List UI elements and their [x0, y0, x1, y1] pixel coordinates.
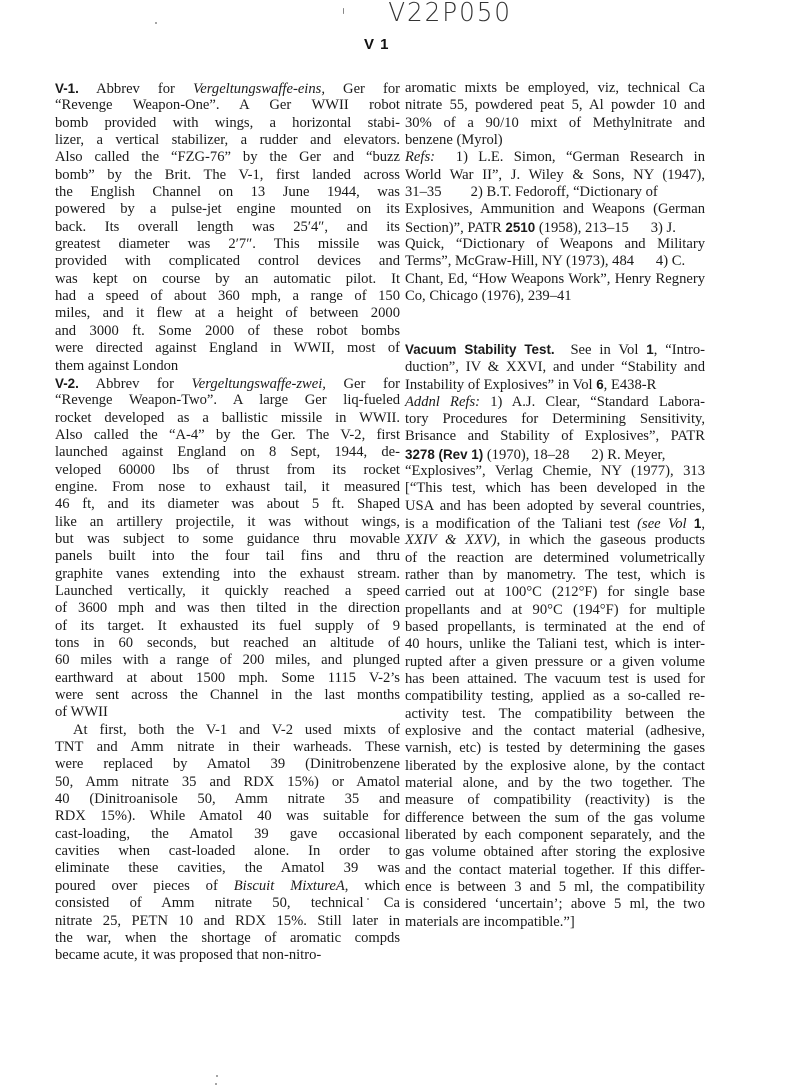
entry-v1: V-1. Abbrev for Vergeltungswaffe-eins, G…: [55, 80, 400, 375]
entry-term: V-1.: [55, 81, 79, 96]
text-line: provided with complicated control device…: [55, 253, 400, 270]
text-line: explosive and the contact material (adhe…: [405, 723, 705, 740]
text-line: of WWII: [55, 704, 400, 721]
scan-speck: [215, 1083, 217, 1085]
text-line: Also called the “A-4” by the Ger. The V-…: [55, 427, 400, 444]
text-line: “Revenge Weapon-Two”. A large Ger liq-fu…: [55, 392, 400, 409]
text-line: cast-loading, the Amatol 39 gave occasio…: [55, 826, 400, 843]
text-line: ence is between 3 and 5 ml, the compatib…: [405, 879, 705, 896]
text-line: them against London: [55, 358, 400, 375]
text-line: cavities when cast-loaded alone. In orde…: [55, 843, 400, 860]
text-line: benzene (Myrol): [405, 132, 705, 149]
text-line: 40 hours, unlike the Taliani test, which…: [405, 636, 705, 653]
text-line: 40 (Dinitroanisole 50, Amm nitrate 35 an…: [55, 791, 400, 808]
text-line: lizer, a vertical stabilizer, a rudder a…: [55, 132, 400, 149]
text-line: rupted after a given pressure or a given…: [405, 654, 705, 671]
text-line: materials are incompatible.”]: [405, 914, 705, 931]
text-line: Instability of Explosives” in Vol 6, E43…: [405, 376, 705, 393]
text-line: were replaced by Amatol 39 (Dinitrobenze…: [55, 756, 400, 773]
text-line: “Explosives”, Verlag Chemie, NY (1977), …: [405, 463, 705, 480]
text-line: was kept on course by an automatic pilot…: [55, 271, 400, 288]
text-line: back. Its overall length was 25′4″, and …: [55, 219, 400, 236]
text-line: poured over pieces of Biscuit MixtureA, …: [55, 878, 400, 895]
text-line: 60 miles with a range of 200 miles, and …: [55, 652, 400, 669]
text-line: liberated by the explosive alone, by the…: [405, 758, 705, 775]
text-line: 30% of a 90/10 mixt of Methylnitrate and: [405, 115, 705, 132]
text-line: difference between the sum of the gas vo…: [405, 810, 705, 827]
text-line: bomb” by the Brit. The V-1, first landed…: [55, 167, 400, 184]
scan-speck: [155, 22, 157, 24]
addnl-refs-label: Addnl Refs:: [405, 394, 480, 410]
text-line: Launched vertically, it quickly reached …: [55, 583, 400, 600]
text-line: were directed against England in WWII, m…: [55, 340, 400, 357]
text-line: 50, Amm nitrate 35 and RDX 15%) or Amato…: [55, 774, 400, 791]
text-line: engine. From nose to exhaust tail, it me…: [55, 479, 400, 496]
text-line: XXIV & XXV), in which the gaseous produc…: [405, 532, 705, 549]
text-line: panels built into the four tail fins and…: [55, 548, 400, 565]
text-line: World War II”, J. Wiley & Sons, NY (1947…: [405, 167, 705, 184]
text-line: USA and has been adopted by several coun…: [405, 498, 705, 515]
text-line: nitrate 25, PETN 10 and RDX 15%. Still l…: [55, 913, 400, 930]
text-line: tons in 60 seconds, but reached an altit…: [55, 635, 400, 652]
paragraph-warheads: At first, both the V-1 and V-2 used mixt…: [55, 722, 400, 965]
text-line: the war, when the shortage of aromatic c…: [55, 930, 400, 947]
text-line: rather than by manometry. The test, whic…: [405, 567, 705, 584]
text-line: Quick, “Dictionary of Weapons and Milita…: [405, 236, 705, 253]
text-line: is considered ‘uncertain’; above 5 ml, t…: [405, 896, 705, 913]
text-line: and the contact material together. If th…: [405, 862, 705, 879]
text-line: propellants and at 90°C (194°F) for mult…: [405, 602, 705, 619]
handwritten-code: V22P050: [388, 0, 512, 28]
text-line: Brisance and Stability of Explosives”, P…: [405, 428, 705, 445]
text-line: greatest diameter was 2′7″. This missile…: [55, 236, 400, 253]
left-column: V-1. Abbrev for Vergeltungswaffe-eins, G…: [55, 80, 400, 965]
text-line: graphite vanes extending into the exhaus…: [55, 566, 400, 583]
text-line: aromatic mixts be employed, viz, technic…: [405, 80, 705, 97]
text-line: were sent across the Channel in the last…: [55, 687, 400, 704]
text-line: material alone, and by the two together.…: [405, 775, 705, 792]
text-line: V-2. Abbrev for Vergeltungswaffe-zwei, G…: [55, 375, 400, 392]
text-line: is a modification of the Taliani test (s…: [405, 515, 705, 532]
text-line: 31–35 2) B.T. Fedoroff, “Dictionary of: [405, 184, 705, 201]
text-line: Co, Chicago (1976), 239–41: [405, 288, 705, 305]
text-line: tory Procedures for Determining Sensitiv…: [405, 411, 705, 428]
text-line: earthward at about 1500 mph. Some 1115 V…: [55, 670, 400, 687]
text-line: had a speed of about 360 mph, a range of…: [55, 288, 400, 305]
text-line: Section)”, PATR 2510 (1958), 213–15 3) J…: [405, 219, 705, 236]
text-line: “Revenge Weapon-One”. A Ger WWII robot: [55, 97, 400, 114]
text-line: nitrate 55, powdered peat 5, Al powder 1…: [405, 97, 705, 114]
text-line: Explosives, Ammunition and Weapons (Germ…: [405, 201, 705, 218]
entry-vacuum-stability-test: Vacuum Stability Test. See in Vol 1, “In…: [405, 341, 705, 931]
text-line: launched against England on 8 Sept, 1944…: [55, 444, 400, 461]
text-line: measure of compatibility (reactivity) is…: [405, 792, 705, 809]
scan-speck: [367, 898, 369, 900]
text-line: activity test. The compatibility between…: [405, 706, 705, 723]
text-line: bomb provided with wings, a horizontal s…: [55, 115, 400, 132]
text-line: liberated by each component separately, …: [405, 827, 705, 844]
text-line: consisted of Amm nitrate 50, technical C…: [55, 895, 400, 912]
text-line: miles, and it flew at a height of betwee…: [55, 305, 400, 322]
text-line: Refs: 1) L.E. Simon, “German Research in: [405, 149, 705, 166]
text-line: Chant, Ed, “How Weapons Work”, Henry Reg…: [405, 271, 705, 288]
text-line: of the reaction are determined volumetri…: [405, 550, 705, 567]
text-line: Terms”, McGraw-Hill, NY (1973), 484 4) C…: [405, 253, 705, 270]
text-line: gas volume obtained after storing the ex…: [405, 844, 705, 861]
text-line: 3278 (Rev 1) (1970), 18–28 2) R. Meyer,: [405, 446, 705, 463]
text-line: the English Channel on 13 June 1944, was: [55, 184, 400, 201]
text-line: Addnl Refs: 1) A.J. Clear, “Standard Lab…: [405, 394, 705, 411]
text-line: V-1. Abbrev for Vergeltungswaffe-eins, G…: [55, 80, 400, 97]
text-line: varnish, etc) is tested by determining t…: [405, 740, 705, 757]
entry-term: Vacuum Stability Test.: [405, 342, 555, 357]
text-line: of 3600 mph and was then tilted in the d…: [55, 600, 400, 617]
refs-label: Refs:: [405, 149, 435, 165]
text-line: TNT and Amm nitrate in their warheads. T…: [55, 739, 400, 756]
entry-term: V-2.: [55, 376, 79, 391]
text-line: but was subject to some guidance thru mo…: [55, 531, 400, 548]
text-line: carried out at 100°C (212°F) for single …: [405, 584, 705, 601]
text-line: RDX 15%). While Amatol 40 was suitable f…: [55, 808, 400, 825]
entry-v2: V-2. Abbrev for Vergeltungswaffe-zwei, G…: [55, 375, 400, 722]
text-line: [“This test, which has been developed in…: [405, 480, 705, 497]
scan-speck: [216, 1075, 218, 1077]
text-line: veloped 60000 lbs of thrust from its roc…: [55, 462, 400, 479]
text-line: powered by a pulse-jet engine mounted on…: [55, 201, 400, 218]
text-line: has been attained. The vacuum test is us…: [405, 671, 705, 688]
text-line: became acute, it was proposed that non-n…: [55, 947, 400, 964]
text-line: Also called the “FZG-76” by the Ger and …: [55, 149, 400, 166]
text-line: and 3000 ft. Some 2000 of these robot bo…: [55, 323, 400, 340]
text-line: 46 ft, and its diameter was about 5 ft. …: [55, 496, 400, 513]
text-line: like an artillery projectile, it was wit…: [55, 514, 400, 531]
scan-speck: [343, 8, 344, 14]
references: Refs: 1) L.E. Simon, “German Research in…: [405, 149, 705, 305]
text-line: At first, both the V-1 and V-2 used mixt…: [55, 722, 400, 739]
text-line: Vacuum Stability Test. See in Vol 1, “In…: [405, 341, 705, 358]
right-column: aromatic mixts be employed, viz, technic…: [405, 80, 705, 931]
text-line: eliminate these cavities, the Amatol 39 …: [55, 860, 400, 877]
running-head: V 1: [364, 36, 390, 53]
text-line: based propellants, is terminated at the …: [405, 619, 705, 636]
text-line: compatibility testing, applied as a so-c…: [405, 688, 705, 705]
paragraph-continuation: aromatic mixts be employed, viz, technic…: [405, 80, 705, 149]
text-line: of its target. It exhausted its fuel sup…: [55, 618, 400, 635]
entry-gap: [405, 305, 705, 341]
text-line: rocket developed as a ballistic missile …: [55, 410, 400, 427]
text-line: duction”, IV & XXVI, and under “Stabilit…: [405, 359, 705, 376]
